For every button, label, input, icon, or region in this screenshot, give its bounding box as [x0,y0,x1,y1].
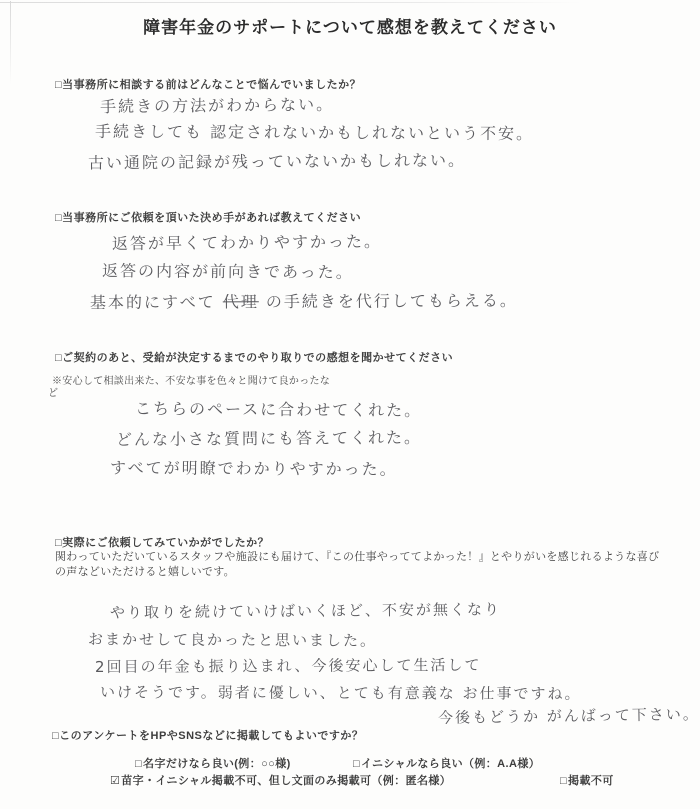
question-4-header: □実際にご依頼してみていかがでしたか？ [55,534,269,550]
handwritten-answer: 返答の内容が前向きであった。 [102,258,354,283]
question-1-label: 当事務所に相談する前はどんなことで悩んでいましたか？ [62,79,361,91]
question-3-note-line1: ※安心して相談出来た、不安な事を色々と聞けて良かったな [52,372,330,387]
checkbox-checked-icon: ☑ [110,775,120,787]
handwritten-answer: 手続きの方法がわからない。 [100,92,334,117]
handwritten-answer: やり取りを続けていけばいくほど、不安が無くなり [110,598,501,622]
question-5-header: □このアンケートをHPやSNSなどに掲載してもよいですか？ [52,727,363,743]
page-title: 障害年金のサポートについて感想を教えてください [0,13,700,38]
handwritten-answer-with-strike: 基本的にすべて 代理 の手続きを代行してもらえる。 [90,288,518,313]
option-label: 名字だけなら良い(例：○○様) [143,758,291,770]
struck-out-text: 代理 [223,292,259,311]
question-3-header: □ご契約のあと、受給が決定するまでのやり取りでの感想を聞かせてください [55,349,453,365]
handwritten-answer: いけそうです。弱者に優しい、とても有意義な お仕事ですね。 [100,681,582,704]
publish-option-not-allowed: □掲載不可 [560,772,614,788]
question-4-note: 関わっていただいているスタッフや施設にも届けて、『この仕事やっててよかった！』と… [55,550,661,580]
handwritten-answer: おまかせして良かったと思いました。 [88,628,377,651]
option-label: 掲載不可 [568,775,614,787]
answer-text: 基本的にすべて [90,292,223,312]
handwritten-answer: すべてが明瞭でわかりやすかった。 [110,455,398,480]
scanned-survey-page: 障害年金のサポートについて感想を教えてください □当事務所に相談する前はどんなこ… [0,0,700,809]
publish-option-initials-ok: □イニシャルなら良い（例：A.A様） [353,755,540,771]
handwritten-answer: 返答が早くてわかりやすかった。 [112,229,382,254]
question-2-header: □当事務所にご依頼を頂いた決め手があれば教えてください [55,209,361,225]
handwritten-answer: 今後もどうか がんばって下さい。 [438,703,700,728]
checkbox-icon: □ [135,758,142,770]
question-5-label: このアンケートをHPやSNSなどに掲載してもよいですか？ [59,730,363,742]
answer-text: の手続きを代行してもらえる。 [259,291,518,311]
handwritten-answer: どんな小さな質問にも答えてくれた。 [116,425,422,450]
publish-option-surname-ok: □名字だけなら良い(例：○○様) [135,755,291,771]
handwritten-answer: こちらのペースに合わせてくれた。 [135,396,422,421]
question-3-note-line2: ど [48,384,58,399]
scan-edge-artifact [0,2,582,3]
publish-option-anonymous-text-only: ☑苗字・イニシャル掲載不可、但し文面のみ掲載可（例：匿名様） [110,772,451,788]
checkbox-icon: □ [560,775,567,787]
question-2-label: 当事務所にご依頼を頂いた決め手があれば教えてください [62,212,361,224]
handwritten-answer: 2回目の年金も振り込まれ、今後安心して生活して [95,654,482,677]
option-label: 苗字・イニシャル掲載不可、但し文面のみ掲載可（例：匿名様） [121,775,451,787]
option-label: イニシャルなら良い（例：A.A様） [361,758,540,770]
question-4-label: 実際にご依頼してみていかがでしたか？ [62,537,269,549]
question-1-header: □当事務所に相談する前はどんなことで悩んでいましたか？ [55,76,361,92]
question-3-label: ご契約のあと、受給が決定するまでのやり取りでの感想を聞かせてください [62,352,453,364]
handwritten-answer: 古い通院の記録が残っていないかもしれない。 [88,148,466,174]
handwritten-answer: 手続きしても 認定されないかもしれないという不安。 [95,119,534,144]
checkbox-icon: □ [353,758,360,770]
